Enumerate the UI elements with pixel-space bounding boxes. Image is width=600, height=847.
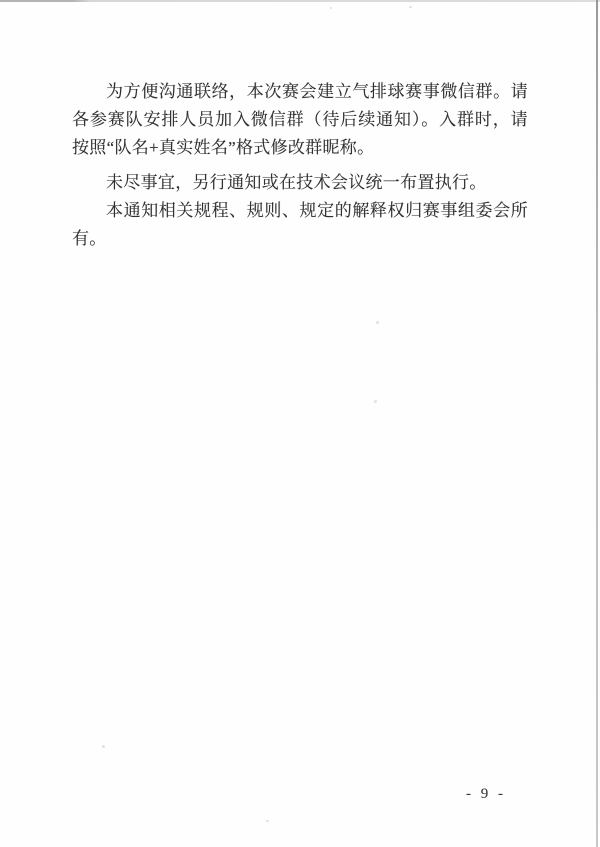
scan-speck (102, 745, 105, 748)
scan-speck (409, 6, 412, 8)
scan-edge-right-line (596, 0, 598, 847)
paragraph: 本通知相关规程、规则、规定的解释权归赛事组委会所 有。 (72, 197, 528, 253)
text-line: 为方便沟通联络，本次赛会建立气排球赛事微信群。请 (72, 78, 528, 106)
text-line: 本通知相关规程、规则、规定的解释权归赛事组委会所 (72, 197, 528, 225)
text-line: 有。 (72, 225, 528, 253)
document-body-text: 为方便沟通联络，本次赛会建立气排球赛事微信群。请 各参赛队安排人员加入微信群（待… (72, 78, 528, 253)
page-number: - 9 - (436, 784, 536, 804)
scan-speck (376, 321, 379, 324)
scan-edge-top-line (0, 0, 600, 2)
scanned-document-page: 为方便沟通联络，本次赛会建立气排球赛事微信群。请 各参赛队安排人员加入微信群（待… (0, 0, 600, 847)
paragraph: 为方便沟通联络，本次赛会建立气排球赛事微信群。请 各参赛队安排人员加入微信群（待… (72, 78, 528, 162)
text-line: 未尽事宜，另行通知或在技术会议统一布置执行。 (72, 169, 528, 197)
scan-speck (330, 7, 332, 9)
scan-speck (266, 820, 269, 822)
text-line: 按照“队名+真实姓名”格式修改群昵称。 (72, 134, 528, 162)
text-line: 各参赛队安排人员加入微信群（待后续通知）。入群时，请 (72, 106, 528, 134)
scan-speck (374, 400, 377, 403)
paragraph: 未尽事宜，另行通知或在技术会议统一布置执行。 (72, 169, 528, 197)
